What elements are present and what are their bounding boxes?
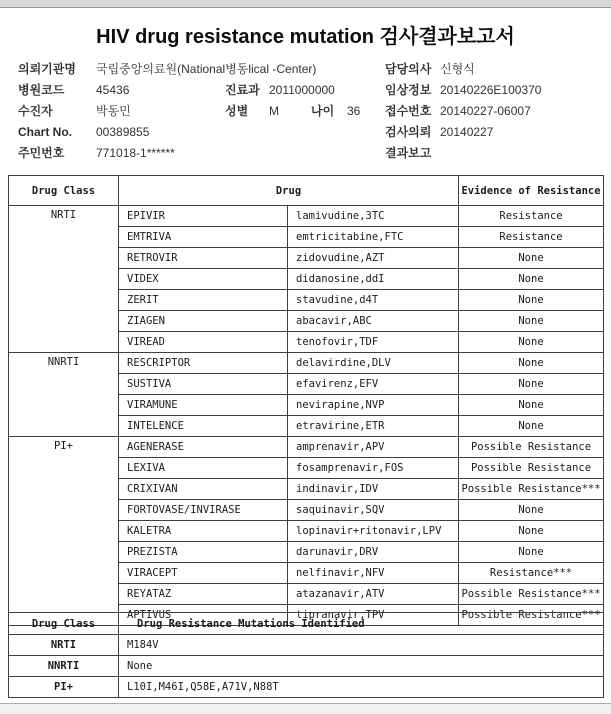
drug-brand-cell: SUSTIVA bbox=[119, 374, 288, 395]
drug-row: NRTIEPIVIRlamivudine,3TCResistance bbox=[9, 206, 604, 227]
resistance-table: Drug ClassDrugEvidence of ResistanceNRTI… bbox=[8, 175, 604, 626]
mutations-cell: None bbox=[119, 656, 604, 677]
drug-generic-cell: tenofovir,TDF bbox=[288, 332, 459, 353]
drug-row: NNRTIRESCRIPTORdelavirdine,DLVNone bbox=[9, 353, 604, 374]
info-label: 접수번호 bbox=[385, 101, 440, 122]
info-value: 박동민 bbox=[96, 101, 225, 122]
drug-brand-cell: EMTRIVA bbox=[119, 227, 288, 248]
drug-generic-cell: stavudine,d4T bbox=[288, 290, 459, 311]
info-value: 20140226E100370 bbox=[440, 80, 541, 101]
window-bottom-strip bbox=[0, 703, 611, 714]
drug-brand-cell: VIDEX bbox=[119, 269, 288, 290]
evidence-cell: None bbox=[459, 311, 604, 332]
column-header-evidence: Evidence of Resistance bbox=[459, 176, 604, 206]
drug-generic-cell: indinavir,IDV bbox=[288, 479, 459, 500]
evidence-cell: Possible Resistance bbox=[459, 437, 604, 458]
patient-info-row: Chart No.00389855 bbox=[18, 122, 378, 143]
drug-brand-cell: KALETRA bbox=[119, 521, 288, 542]
info-label: 수진자 bbox=[18, 101, 96, 122]
drug-class-cell: NNRTI bbox=[9, 353, 119, 437]
drug-class-cell: NRTI bbox=[9, 206, 119, 353]
patient-info-row: 수진자박동민성별M나이36 bbox=[18, 101, 378, 122]
drug-brand-cell: EPIVIR bbox=[119, 206, 288, 227]
patient-info-row: 검사의뢰20140227 bbox=[385, 122, 605, 143]
evidence-cell: Resistance bbox=[459, 206, 604, 227]
mutations-cell: L10I,M46I,Q58E,A71V,N88T bbox=[119, 677, 604, 698]
mutation-row: NRTIM184V bbox=[9, 635, 604, 656]
evidence-cell: None bbox=[459, 353, 604, 374]
drug-brand-cell: RETROVIR bbox=[119, 248, 288, 269]
drug-generic-cell: etravirine,ETR bbox=[288, 416, 459, 437]
column-header-drug: Drug bbox=[119, 176, 459, 206]
drug-generic-cell: efavirenz,EFV bbox=[288, 374, 459, 395]
patient-info-left: 의뢰기관명국립중앙의료원(National병동lical -Center)병원코… bbox=[18, 59, 378, 164]
drug-generic-cell: fosamprenavir,FOS bbox=[288, 458, 459, 479]
drug-brand-cell: INTELENCE bbox=[119, 416, 288, 437]
evidence-cell: Possible Resistance bbox=[459, 458, 604, 479]
patient-info-row: 임상정보20140226E100370 bbox=[385, 80, 605, 101]
patient-info-row: 의뢰기관명국립중앙의료원(National병동lical -Center) bbox=[18, 59, 378, 80]
drug-brand-cell: FORTOVASE/INVIRASE bbox=[119, 500, 288, 521]
info-value: 36 bbox=[347, 101, 360, 122]
patient-info-row: 결과보고 bbox=[385, 143, 605, 164]
drug-brand-cell: ZERIT bbox=[119, 290, 288, 311]
info-label: 결과보고 bbox=[385, 143, 440, 164]
evidence-cell: None bbox=[459, 542, 604, 563]
drug-generic-cell: lamivudine,3TC bbox=[288, 206, 459, 227]
drug-brand-cell: REYATAZ bbox=[119, 584, 288, 605]
patient-info-row: 병원코드45436진료과2011000000 bbox=[18, 80, 378, 101]
drug-generic-cell: lopinavir+ritonavir,LPV bbox=[288, 521, 459, 542]
info-value: M bbox=[269, 101, 311, 122]
info-value: 45436 bbox=[96, 80, 225, 101]
info-value: 2011000000 bbox=[269, 80, 335, 101]
drug-brand-cell: AGENERASE bbox=[119, 437, 288, 458]
patient-info-row: 담당의사신형식 bbox=[385, 59, 605, 80]
drug-class-cell: NRTI bbox=[9, 635, 119, 656]
info-label: 의뢰기관명 bbox=[18, 59, 96, 80]
info-label: 검사의뢰 bbox=[385, 122, 440, 143]
info-label: 담당의사 bbox=[385, 59, 440, 80]
evidence-cell: None bbox=[459, 395, 604, 416]
mutations-table-header-row: Drug ClassDrug Resistance Mutations Iden… bbox=[9, 613, 604, 635]
drug-generic-cell: saquinavir,SQV bbox=[288, 500, 459, 521]
drug-brand-cell: LEXIVA bbox=[119, 458, 288, 479]
info-value: 20140227 bbox=[440, 122, 493, 143]
drug-generic-cell: zidovudine,AZT bbox=[288, 248, 459, 269]
info-label: 나이 bbox=[311, 101, 347, 122]
drug-generic-cell: amprenavir,APV bbox=[288, 437, 459, 458]
evidence-cell: None bbox=[459, 500, 604, 521]
drug-brand-cell: PREZISTA bbox=[119, 542, 288, 563]
evidence-cell: Possible Resistance*** bbox=[459, 584, 604, 605]
evidence-cell: Resistance*** bbox=[459, 563, 604, 584]
patient-info-row: 접수번호20140227-06007 bbox=[385, 101, 605, 122]
drug-generic-cell: delavirdine,DLV bbox=[288, 353, 459, 374]
drug-generic-cell: abacavir,ABC bbox=[288, 311, 459, 332]
info-value: 771018-1****** bbox=[96, 143, 175, 164]
mutation-row: NNRTINone bbox=[9, 656, 604, 677]
drug-class-cell: PI+ bbox=[9, 677, 119, 698]
evidence-cell: Possible Resistance*** bbox=[459, 479, 604, 500]
drug-class-cell: PI+ bbox=[9, 437, 119, 626]
evidence-cell: None bbox=[459, 374, 604, 395]
info-label: 진료과 bbox=[225, 80, 269, 101]
evidence-cell: None bbox=[459, 248, 604, 269]
window-top-strip bbox=[0, 0, 611, 8]
drug-class-cell: NNRTI bbox=[9, 656, 119, 677]
column-header-mutations: Drug Resistance Mutations Identified bbox=[119, 613, 604, 635]
drug-generic-cell: didanosine,ddI bbox=[288, 269, 459, 290]
patient-info-right: 담당의사신형식임상정보20140226E100370접수번호20140227-0… bbox=[385, 59, 605, 164]
mutations-cell: M184V bbox=[119, 635, 604, 656]
mutations-table: Drug ClassDrug Resistance Mutations Iden… bbox=[8, 612, 604, 698]
drug-generic-cell: emtricitabine,FTC bbox=[288, 227, 459, 248]
info-label: 임상정보 bbox=[385, 80, 440, 101]
info-value: 00389855 bbox=[96, 122, 149, 143]
mutation-row: PI+L10I,M46I,Q58E,A71V,N88T bbox=[9, 677, 604, 698]
drug-brand-cell: VIRAMUNE bbox=[119, 395, 288, 416]
drug-generic-cell: darunavir,DRV bbox=[288, 542, 459, 563]
drug-brand-cell: RESCRIPTOR bbox=[119, 353, 288, 374]
drug-brand-cell: VIREAD bbox=[119, 332, 288, 353]
patient-info-row: 주민번호771018-1****** bbox=[18, 143, 378, 164]
evidence-cell: None bbox=[459, 269, 604, 290]
page-title: HIV drug resistance mutation 검사결과보고서 bbox=[0, 20, 611, 49]
info-label: 성별 bbox=[225, 101, 269, 122]
info-label: 주민번호 bbox=[18, 143, 96, 164]
info-value: 신형식 bbox=[440, 59, 475, 80]
drug-brand-cell: CRIXIVAN bbox=[119, 479, 288, 500]
evidence-cell: Resistance bbox=[459, 227, 604, 248]
drug-generic-cell: nevirapine,NVP bbox=[288, 395, 459, 416]
column-header-drug-class: Drug Class bbox=[9, 613, 119, 635]
evidence-cell: None bbox=[459, 416, 604, 437]
drug-brand-cell: VIRACEPT bbox=[119, 563, 288, 584]
drug-row: PI+AGENERASEamprenavir,APVPossible Resis… bbox=[9, 437, 604, 458]
info-label: 병원코드 bbox=[18, 80, 96, 101]
drug-generic-cell: nelfinavir,NFV bbox=[288, 563, 459, 584]
evidence-cell: None bbox=[459, 332, 604, 353]
resistance-table-header-row: Drug ClassDrugEvidence of Resistance bbox=[9, 176, 604, 206]
info-value: 20140227-06007 bbox=[440, 101, 531, 122]
info-label: Chart No. bbox=[18, 122, 96, 143]
info-value: 국립중앙의료원(National병동lical -Center) bbox=[96, 59, 316, 80]
drug-generic-cell: atazanavir,ATV bbox=[288, 584, 459, 605]
column-header-drug-class: Drug Class bbox=[9, 176, 119, 206]
evidence-cell: None bbox=[459, 521, 604, 542]
drug-brand-cell: ZIAGEN bbox=[119, 311, 288, 332]
evidence-cell: None bbox=[459, 290, 604, 311]
